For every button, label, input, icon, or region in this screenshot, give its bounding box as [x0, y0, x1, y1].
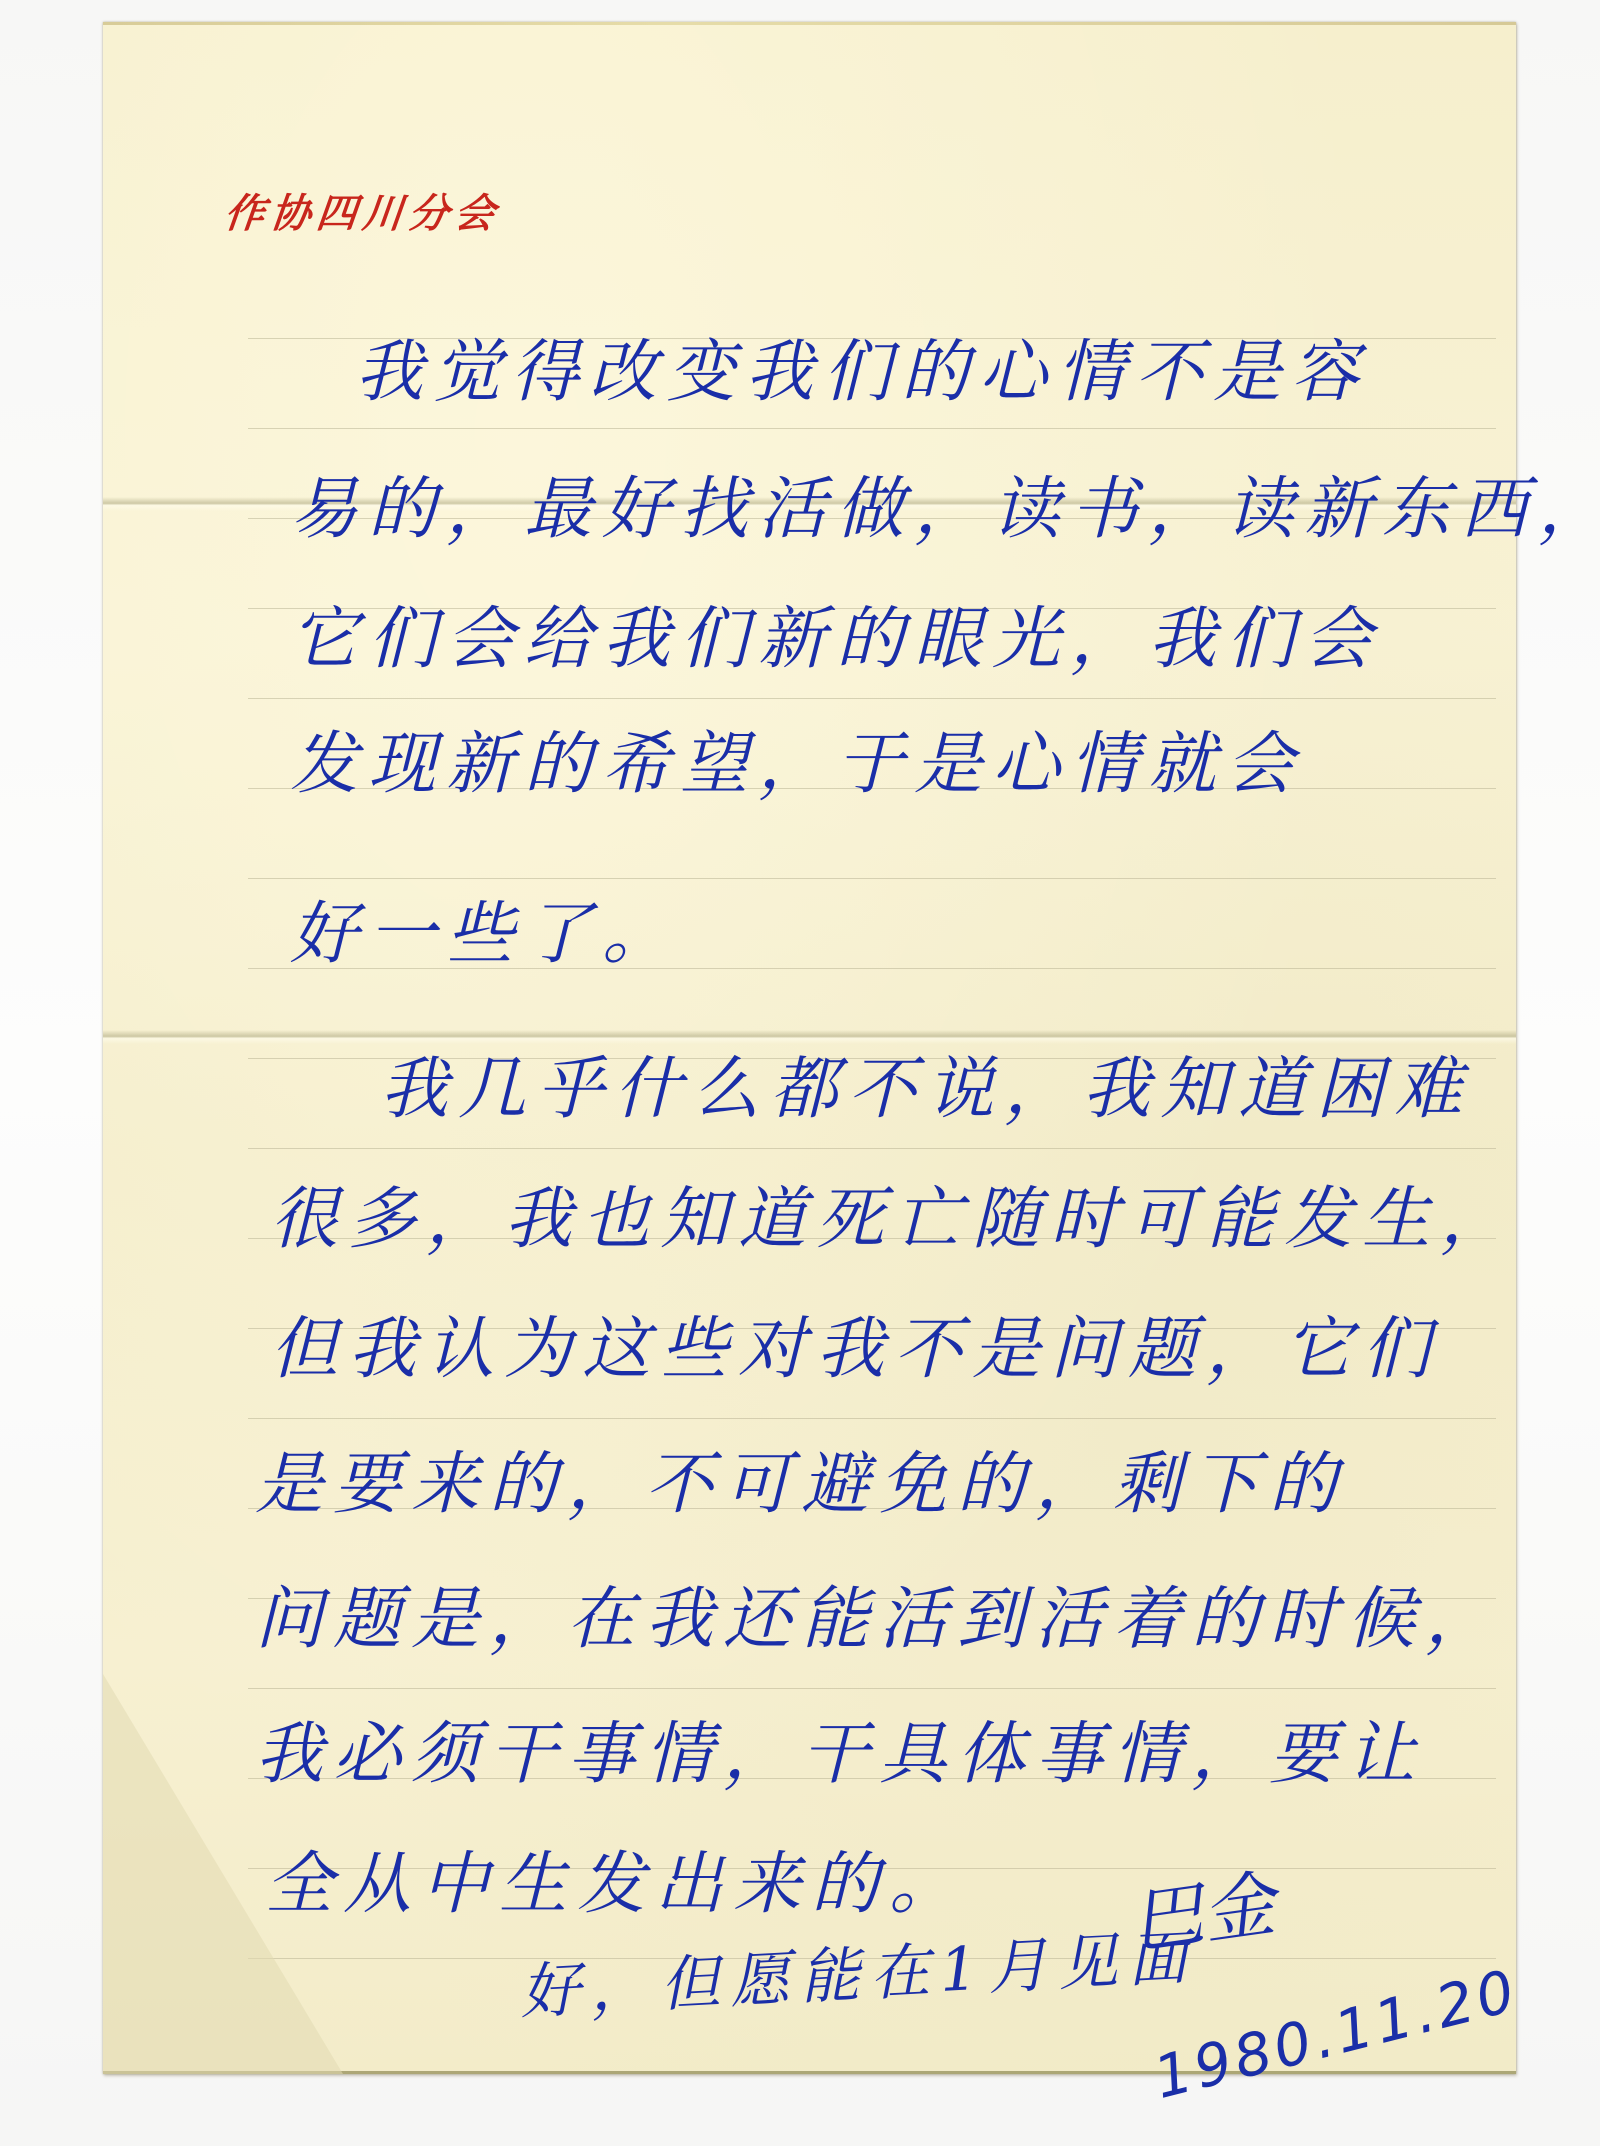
paper-top-edge — [103, 22, 1516, 25]
letter-line: 易的，最好找活做，读书，读新东西， — [290, 455, 1600, 552]
ruled-line — [248, 698, 1496, 699]
ruled-line — [248, 1418, 1496, 1419]
letterhead: 作协四川分会 — [222, 182, 504, 239]
ruled-line — [248, 1688, 1496, 1689]
ruled-line — [248, 1148, 1496, 1149]
ruled-line — [248, 428, 1496, 429]
ruled-line — [248, 878, 1496, 879]
letter-line: 我必须干事情，干具体事情，要让 — [255, 1700, 1425, 1797]
letter-line: 是要来的，不可避免的，剩下的 — [255, 1430, 1347, 1527]
letter-line: 它们会给我们新的眼光，我们会 — [290, 585, 1382, 682]
letter-line: 问题是，在我还能活到活着的时候， — [255, 1565, 1503, 1662]
letter-line: 发现新的希望，于是心情就会 — [290, 710, 1304, 807]
letter-line: 好一些了。 — [290, 880, 680, 977]
letter-line: 但我认为这些对我不是问题，它们 — [270, 1295, 1440, 1392]
letter-line: 我几乎什么都不说，我知道困难 — [380, 1035, 1472, 1132]
signature: 巴金 — [1123, 1845, 1280, 1968]
letter-line: 我觉得改变我们的心情不是容 — [355, 318, 1369, 415]
letter-line: 全从中生发出来的。 — [265, 1830, 967, 1927]
letter-line: 很多，我也知道死亡随时可能发生， — [270, 1165, 1518, 1262]
